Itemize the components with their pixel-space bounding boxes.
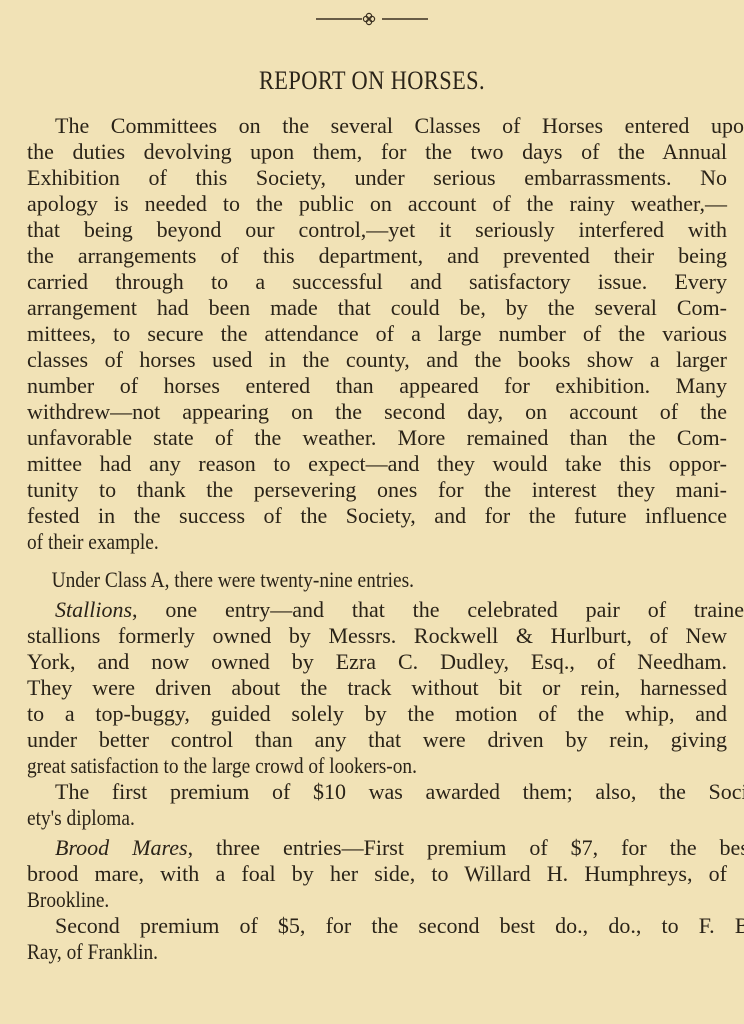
text-line: Second premium of $5, for the second bes… bbox=[27, 913, 744, 939]
text-line: of their example. bbox=[27, 529, 727, 555]
text-line: Exhibition of this Society, under seriou… bbox=[27, 165, 727, 191]
text-line: carried through to a successful and sati… bbox=[27, 269, 727, 295]
paragraph-gap bbox=[27, 555, 727, 567]
text-line: brood mare, with a foal by her side, to … bbox=[27, 861, 727, 887]
text-line: number of horses entered than appeared f… bbox=[27, 373, 727, 399]
text-line: the arrangements of this department, and… bbox=[27, 243, 727, 269]
text-line: The first premium of $10 was awarded the… bbox=[27, 779, 744, 805]
text-line: Brookline. bbox=[27, 887, 727, 913]
text-line: Ray, of Franklin. bbox=[27, 939, 727, 965]
text-line: Brood Mares, three entries—First premium… bbox=[27, 835, 744, 861]
section-lead-stallions: Stallions bbox=[55, 597, 132, 622]
text-line: Under Class A, there were twenty-nine en… bbox=[27, 567, 744, 593]
text-line: tunity to thank the persevering ones for… bbox=[27, 477, 727, 503]
text-line: arrangement had been made that could be,… bbox=[27, 295, 727, 321]
fleuron-divider-icon bbox=[312, 10, 432, 26]
text-line: mittee had any reason to expect—and they… bbox=[27, 451, 727, 477]
text-line: Stallions, one entry—and that the celebr… bbox=[27, 597, 744, 623]
section-lead-brood-mares: Brood Mares bbox=[55, 835, 188, 860]
text-line: under better control than any that were … bbox=[27, 727, 727, 753]
paragraph-class-a: Under Class A, there were twenty-nine en… bbox=[27, 567, 727, 593]
text-line: withdrew—not appearing on the second day… bbox=[27, 399, 727, 425]
text-line: ety's diploma. bbox=[27, 805, 727, 831]
paragraph-intro: The Committees on the several Classes of… bbox=[27, 113, 727, 555]
text-line: classes of horses used in the county, an… bbox=[27, 347, 727, 373]
text-line: to a top-buggy, guided solely by the mot… bbox=[27, 701, 727, 727]
text-line: great satisfaction to the large crowd of… bbox=[27, 753, 727, 779]
paragraph-stallions: Stallions, one entry—and that the celebr… bbox=[27, 597, 727, 779]
text-line: fested in the success of the Society, an… bbox=[27, 503, 727, 529]
header-ornament bbox=[0, 8, 744, 28]
article-body: The Committees on the several Classes of… bbox=[27, 113, 727, 965]
page-title: REPORT ON HORSES. bbox=[52, 66, 692, 96]
text-line: The Committees on the several Classes of… bbox=[27, 113, 744, 139]
text-line: York, and now owned by Ezra C. Dudley, E… bbox=[27, 649, 727, 675]
text-line: mittees, to secure the attendance of a l… bbox=[27, 321, 727, 347]
text-line: unfavorable state of the weather. More r… bbox=[27, 425, 727, 451]
text-line: They were driven about the track without… bbox=[27, 675, 727, 701]
text-line: apology is needed to the public on accou… bbox=[27, 191, 727, 217]
text-line: the duties devolving upon them, for the … bbox=[27, 139, 727, 165]
paragraph-first-premium: The first premium of $10 was awarded the… bbox=[27, 779, 727, 831]
paragraph-brood-mares: Brood Mares, three entries—First premium… bbox=[27, 835, 727, 913]
text-line: that being beyond our control,—yet it se… bbox=[27, 217, 727, 243]
paragraph-second-premium: Second premium of $5, for the second bes… bbox=[27, 913, 727, 965]
text-line: stallions formerly owned by Messrs. Rock… bbox=[27, 623, 727, 649]
